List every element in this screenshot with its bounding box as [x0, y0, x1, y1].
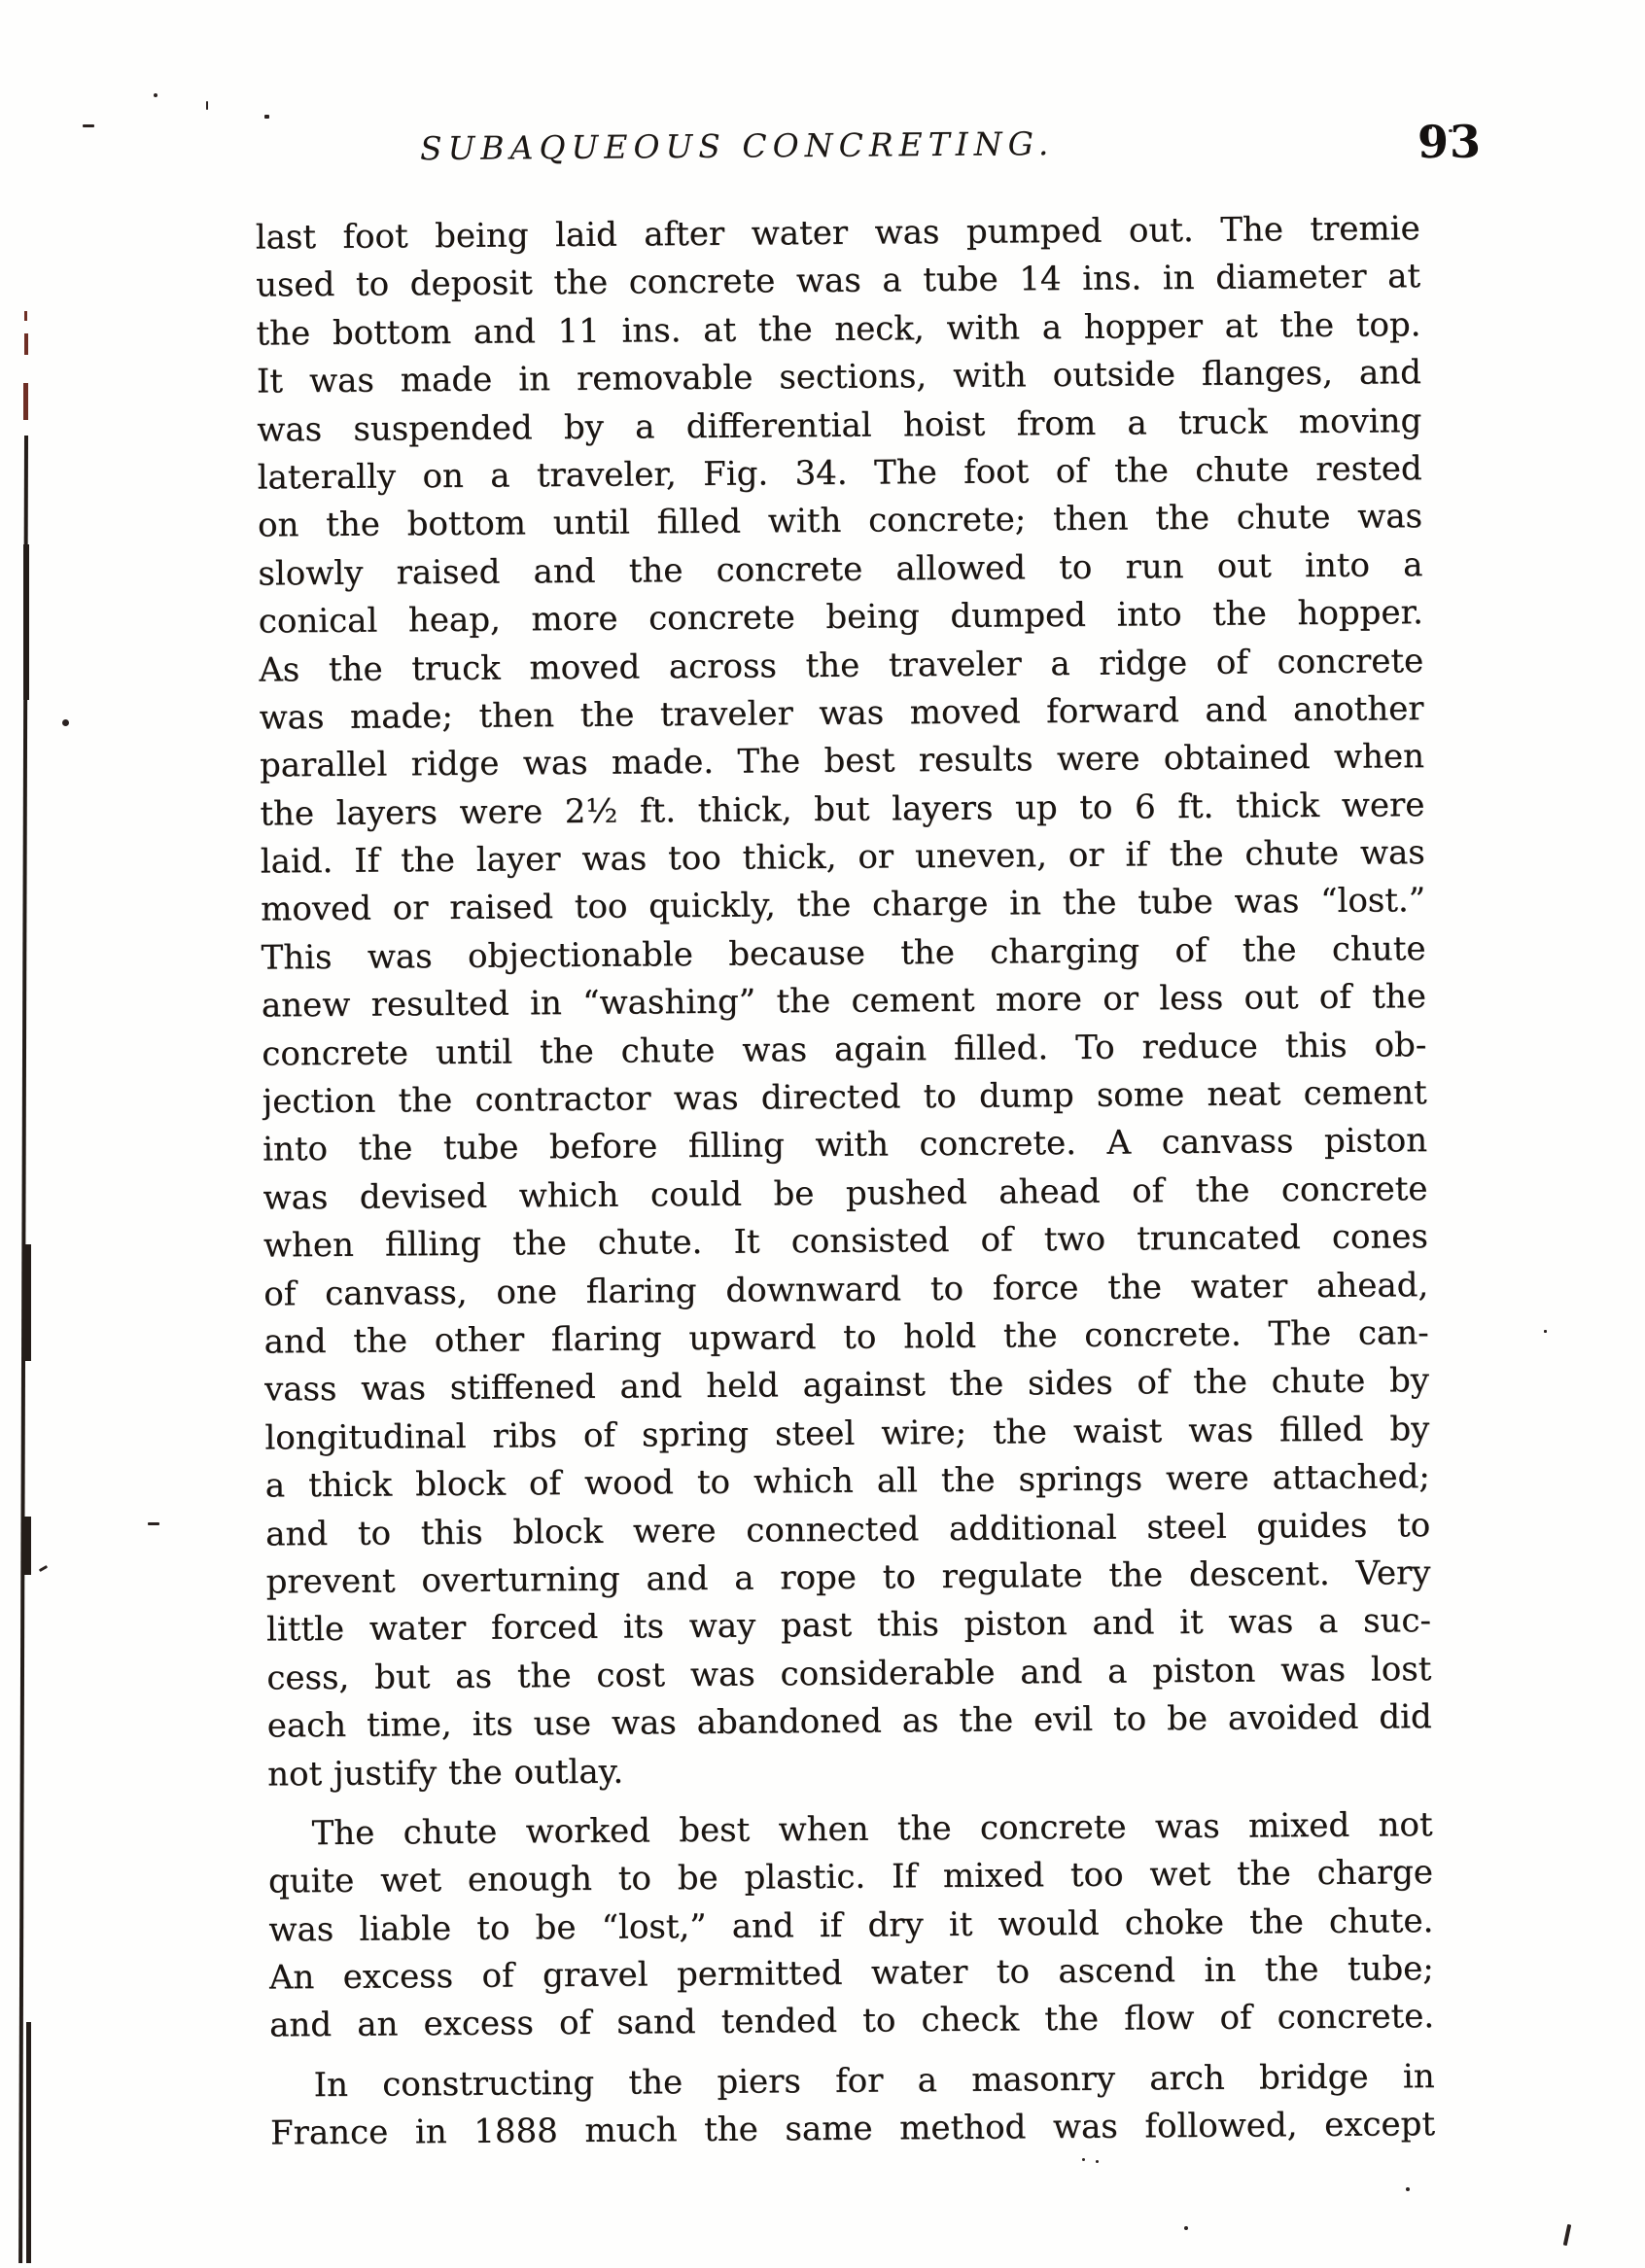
scan-speck: [1429, 126, 1432, 129]
paragraph: last foot being laid after water was pum…: [256, 205, 1433, 1798]
text-line: not justify the outlay.: [267, 1742, 1432, 1799]
text-line: when filling the chute. It consisted of …: [263, 1213, 1428, 1271]
scan-speck: [154, 93, 157, 97]
text-line: vass was stiffened and held against the …: [264, 1357, 1429, 1414]
text-line: quite wet enough to be plastic. If mixed…: [268, 1849, 1433, 1906]
gutter-segment: [23, 544, 29, 700]
scan-speck: [148, 1522, 159, 1525]
text-line: and an excess of sand tended to check th…: [269, 1994, 1434, 2051]
text-line: into the tube before filling with concre…: [262, 1118, 1427, 1175]
text-line: anew resulted in “washing” the cement mo…: [262, 973, 1426, 1030]
gutter-segment: [24, 333, 28, 355]
page-tilt-wrapper: SUBAQUEOUS CONCRETING. 93 last foot bein…: [0, 0, 1645, 2268]
scan-speck: [83, 124, 94, 127]
scan-speck: [1544, 1330, 1547, 1333]
text-line: a thick block of wood to which all the s…: [265, 1453, 1430, 1511]
text-line: France in 1888 much the same method was …: [270, 2101, 1435, 2158]
gutter-segment: [25, 1244, 31, 1361]
text-line: It was made in removable sections, with …: [257, 349, 1421, 406]
gutter-segment: [24, 1517, 31, 1575]
paragraph: In constructing the piers for a masonry …: [269, 2053, 1435, 2158]
text-line: on the bottom until filled with concrete…: [258, 493, 1422, 550]
scan-speck: [1096, 2160, 1099, 2163]
paragraph: The chute worked best when the concrete …: [267, 1801, 1434, 2050]
gutter-segment: [23, 383, 28, 420]
page-number: 93: [1417, 116, 1482, 169]
running-header-title: SUBAQUEOUS CONCRETING.: [420, 124, 1081, 167]
text-line: used to deposit the concrete was a tube …: [256, 254, 1420, 311]
body-text-column: last foot being laid after water was pum…: [256, 205, 1436, 2158]
text-line: each time, its use was abandoned as the …: [267, 1693, 1432, 1751]
gutter-segment: [26, 2022, 31, 2263]
gutter-segment: [24, 311, 27, 321]
text-line: parallel ridge was made. The best result…: [260, 733, 1424, 790]
text-line: conical heap, more concrete being dumped…: [259, 589, 1423, 646]
scan-speck: [1184, 2226, 1188, 2230]
scan-speck: [264, 115, 269, 119]
text-line: little water forced its way past this pi…: [266, 1597, 1431, 1655]
scan-speck: [62, 719, 69, 726]
scan-speck: [1406, 2187, 1410, 2191]
scan-speck: [1082, 2158, 1085, 2161]
scan-speck: [1449, 129, 1452, 132]
scan-speck: [206, 101, 208, 110]
book-page-scan: SUBAQUEOUS CONCRETING. 93 last foot bein…: [0, 0, 1645, 2268]
